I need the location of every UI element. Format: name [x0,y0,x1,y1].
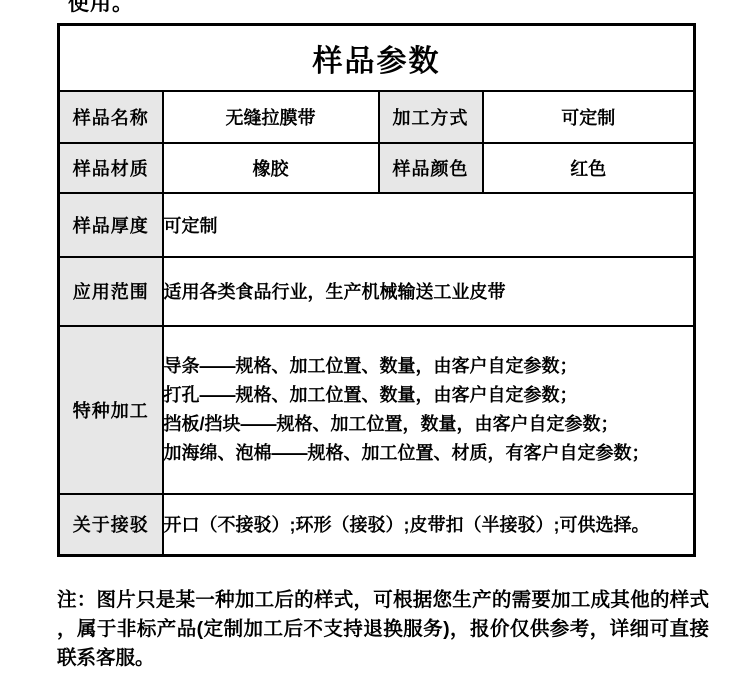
value-sample-name: 无缝拉膜带 [163,91,379,143]
table-row: 应用范围 适用各类食品行业，生产机械输送工业皮带 [59,257,695,326]
table-row: 样品厚度 可定制 [59,193,695,257]
label-special-processing: 特种加工 [59,326,163,494]
label-sample-color: 样品颜色 [379,143,483,193]
label-application-scope: 应用范围 [59,257,163,326]
table-row: 关于接驳 开口（不接驳）;环形（接驳）;皮带扣（半接驳）;可供选择。 [59,494,695,556]
value-about-joining: 开口（不接驳）;环形（接驳）;皮带扣（半接驳）;可供选择。 [163,494,695,556]
sample-params-table: 样品参数 样品名称 无缝拉膜带 加工方式 可定制 样品材质 橡胶 样品颜色 红色… [57,23,696,557]
table-title: 样品参数 [59,25,695,91]
label-processing-method: 加工方式 [379,91,483,143]
table-row: 样品材质 橡胶 样品颜色 红色 [59,143,695,193]
value-application-scope: 适用各类食品行业，生产机械输送工业皮带 [163,257,695,326]
value-sample-thickness: 可定制 [163,193,695,257]
label-about-joining: 关于接驳 [59,494,163,556]
note-text: 注：图片只是某一种加工后的样式，可根据您生产的需要加工成其他的样式，属于非标产品… [57,586,709,673]
special-processing-line: 导条——规格、加工位置、数量，由客户自定参数； [164,352,694,381]
table-header-row: 样品参数 [59,25,695,91]
special-processing-line: 挡板/挡块——规格、加工位置，数量，由客户自定参数； [164,410,694,439]
value-processing-method: 可定制 [483,91,695,143]
value-special-processing: 导条——规格、加工位置、数量，由客户自定参数； 打孔——规格、加工位置、数量，由… [163,326,695,494]
value-sample-material: 橡胶 [163,143,379,193]
table-row: 样品名称 无缝拉膜带 加工方式 可定制 [59,91,695,143]
special-processing-line: 打孔——规格、加工位置、数量，由客户自定参数； [164,381,694,410]
table-row: 特种加工 导条——规格、加工位置、数量，由客户自定参数； 打孔——规格、加工位置… [59,326,695,494]
cutoff-paragraph-text: 使用。 [68,0,134,17]
label-sample-name: 样品名称 [59,91,163,143]
value-sample-color: 红色 [483,143,695,193]
special-processing-line: 加海绵、泡棉——规格、加工位置、材质，有客户自定参数； [164,439,694,468]
label-sample-material: 样品材质 [59,143,163,193]
label-sample-thickness: 样品厚度 [59,193,163,257]
product-spec-page: 使用。 样品参数 样品名称 无缝拉膜带 加工方式 可定制 样品材质 橡胶 样品颜… [0,0,750,690]
